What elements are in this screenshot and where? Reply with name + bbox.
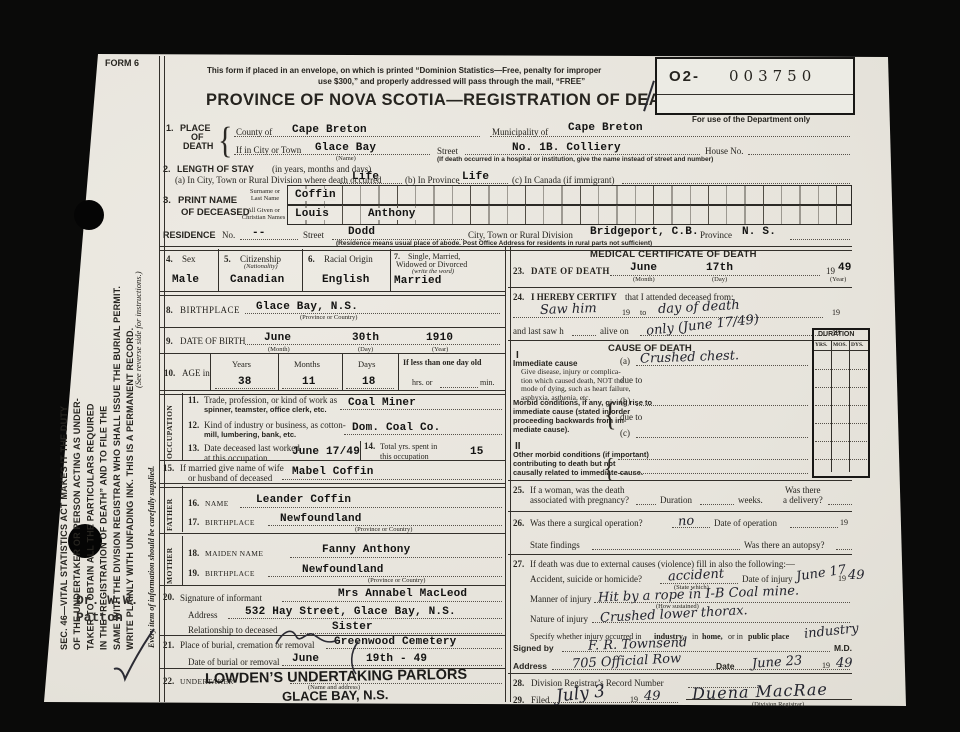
father-group-label: FATHER [165, 487, 179, 531]
dotted-line [513, 316, 823, 318]
father-name-label: NAME [205, 499, 229, 508]
marital-value: Married [394, 275, 442, 287]
cell-line [849, 340, 850, 472]
last-saw-label: and last saw h [513, 326, 564, 336]
death-year-printed: 19 [826, 266, 835, 276]
dotted-line [458, 182, 508, 184]
rule [160, 327, 505, 328]
dotted-line [290, 682, 502, 684]
rule [508, 673, 852, 674]
s3-label-1: PRINT NAME [178, 195, 237, 206]
dotted-line [548, 701, 678, 703]
s27-number-label: 27. [513, 559, 524, 569]
age-label: AGE in [182, 368, 210, 378]
cause-c-label: (c) [620, 428, 630, 438]
rule [160, 585, 505, 586]
dotted-line [215, 387, 275, 389]
province-value: N. S. [742, 226, 776, 238]
delivery-label: a delivery? [783, 495, 823, 505]
dotted-line [790, 238, 850, 240]
surname-label: Surname or Last Name [243, 188, 287, 202]
s22-number-label: 22. [163, 676, 174, 686]
street-label: Street [437, 146, 458, 156]
s16-number-label: 16. [188, 498, 199, 508]
rule [160, 460, 505, 461]
cell-line [360, 441, 361, 460]
duration-dys-header: DYS. [851, 342, 863, 348]
dotted-line [572, 334, 596, 336]
group-line [182, 486, 183, 532]
column-divider [505, 246, 511, 702]
dotted-line [340, 182, 402, 184]
name-note: (Name) [336, 155, 356, 162]
mail-note-line2: use $300,” and properly addressed will p… [318, 77, 585, 86]
specify-label-in: in [692, 632, 698, 641]
dob-day-note: (Day) [358, 346, 373, 353]
registration-number-box: O2- 003750 [655, 57, 855, 115]
citizenship-value: Canadian [230, 274, 284, 286]
manner-label: Manner of injury [530, 594, 591, 604]
brace: { [218, 120, 232, 163]
mother-province-note: (Province or Country) [368, 577, 425, 584]
dotted-line [815, 458, 867, 460]
dotted-line [234, 153, 430, 155]
dotted-line [440, 386, 478, 388]
injury-date-label: Date of injury [742, 574, 792, 584]
dob-year-note: (Year) [432, 346, 448, 353]
rule [160, 533, 505, 534]
death-year-value: 49 [838, 262, 852, 274]
dotted-line [234, 135, 480, 137]
dotted-line [622, 182, 850, 184]
given-middle-value: Anthony [368, 208, 416, 220]
s5-number-label: 5. [224, 254, 231, 264]
dotted-line [672, 526, 710, 528]
dotted-line [228, 617, 502, 619]
s13-label-2: at this occupation [204, 453, 267, 463]
s24-number-label: 24. [513, 292, 524, 302]
s28-number-label: 28. [513, 678, 524, 688]
cell-line [278, 353, 279, 390]
form-border [159, 56, 165, 702]
dotted-line [748, 153, 850, 155]
duration-header: DURATION [818, 331, 854, 338]
dotted-line [815, 368, 867, 370]
s1-label-death: DEATH [183, 141, 213, 151]
s10-number-label: 10. [164, 368, 175, 378]
s14-label-1: Total yrs. spent in [380, 442, 437, 451]
cell-line [210, 353, 211, 390]
certify-bold: I HEREBY CERTIFY [531, 292, 617, 302]
dotted-line [636, 436, 808, 438]
dotted-line [465, 153, 700, 155]
residence-street-value: Dodd [348, 226, 375, 238]
s25-label-2: associated with pregnancy? [530, 495, 629, 505]
given-first-value: Louis [295, 208, 329, 220]
dotted-line [660, 582, 738, 584]
age-years-header: Years [232, 359, 251, 369]
s4-number-label: 4. [166, 254, 173, 264]
informant-label: Signature of informant [180, 593, 262, 603]
s21-number-label: 21. [163, 640, 174, 650]
maiden-name-value: Fanny Anthony [322, 544, 410, 556]
dotted-line [245, 312, 500, 314]
accident-label: Accident, suicide or homicide? [530, 574, 642, 584]
dob-label: DATE OF BIRTH [180, 336, 245, 346]
s19-number-label: 19. [188, 568, 199, 578]
see-reverse-note: (See reverse side for instructions.) [133, 140, 147, 388]
death-day-note: (Day) [712, 276, 727, 283]
due-to-2: due to [620, 412, 642, 422]
nationality-note: (Nationality) [244, 263, 278, 270]
statute-note: SEC. 46—VITAL STATISTICS ACT MAKES IT TH… [58, 252, 138, 650]
form-title: PROVINCE OF NOVA SCOTIA—REGISTRATION OF … [206, 91, 683, 110]
due-to-1: due to [620, 375, 642, 385]
injury-19: 19 [838, 574, 846, 583]
dotted-line [282, 664, 502, 666]
less-one-day-note: If less than one day old [403, 358, 481, 367]
cell-line [342, 353, 343, 390]
dotted-line [700, 503, 734, 505]
dotted-line [562, 650, 830, 652]
cell-line [831, 340, 832, 472]
age-months-header: Months [294, 359, 320, 369]
group-line [182, 536, 183, 585]
s12-label-2: mill, lumbering, bank, etc. [204, 430, 296, 439]
s13-label-1: Date deceased last worked [204, 443, 300, 453]
s15-number-label: 15. [163, 463, 174, 473]
death-month-value: June [630, 262, 657, 274]
residence-street-label: Street [303, 230, 324, 240]
s20-number-label: 20. [163, 592, 174, 602]
rule [508, 511, 852, 512]
registration-prefix: O2- [669, 68, 700, 85]
father-province-note: (Province or Country) [355, 526, 412, 533]
dotted-line [346, 387, 394, 389]
s11-number-label: 11. [188, 395, 199, 405]
rule [508, 287, 852, 288]
s27-head: If death was due to external causes (vio… [530, 559, 795, 569]
form-number: FORM 6 [105, 58, 139, 68]
mail-note-line1: This form if placed in an envelope, on w… [207, 66, 601, 75]
s25-number-label: 25. [513, 485, 524, 495]
dotted-line [815, 404, 867, 406]
rule [686, 699, 852, 700]
division-label: City, Town or Rural Division [468, 230, 573, 240]
handwritten-checkmark [112, 626, 158, 684]
informant-address-label: Address [188, 610, 218, 620]
province-country-note: (Province or Country) [300, 314, 357, 321]
was-there-label: Was there [785, 485, 821, 495]
specify-label-home: home, [702, 632, 723, 641]
s2b-label: (b) In Province [405, 175, 459, 185]
death-year-note: (Year) [830, 276, 846, 283]
age-days-header: Days [358, 359, 375, 369]
death-day-value: 17th [706, 262, 733, 274]
specify-label-public: public place [748, 632, 789, 641]
division-registrar-note: (Division Registrar) [752, 701, 804, 708]
registration-number: 003750 [729, 67, 816, 85]
racial-origin-label: Racial Origin [324, 254, 373, 264]
specify-label-orin: or in [728, 632, 743, 641]
undertaker-stamp-line2: GLACE BAY, N.S. [282, 687, 389, 704]
dotted-line [636, 364, 808, 366]
s18-number-label: 18. [188, 548, 199, 558]
sex-label: Sex [182, 254, 196, 264]
street-note: (If death occurred in a hospital or inst… [437, 156, 713, 163]
birthplace-label: BIRTHPLACE [180, 305, 240, 315]
md-label: M.D. [834, 643, 852, 653]
dept-only-note: For use of the Department only [692, 115, 810, 124]
rule [508, 480, 852, 481]
dotted-line [282, 478, 502, 480]
informant-value: Mrs Annabel MacLeod [338, 588, 467, 600]
dotted-line [594, 601, 850, 603]
rule [160, 291, 505, 296]
doctor-stamp: Dr. W.W. Patton [76, 592, 138, 626]
province-label: Province [700, 230, 732, 240]
s14-number-label: 14. [364, 441, 375, 451]
operation-date-label: Date of operation [714, 518, 777, 528]
dotted-line [636, 404, 808, 406]
dotted-line [592, 548, 740, 550]
state-findings-label: State findings [530, 540, 580, 550]
given-names-label: All Given or Christian Names [240, 207, 287, 221]
s25-label-1: If a woman, was the death [530, 485, 624, 495]
s8-number-label: 8. [166, 305, 173, 315]
s12-label-1: Kind of industry or business, as cotton- [204, 420, 346, 430]
s15-label-2: or husband of deceased [188, 473, 272, 483]
rule [508, 340, 812, 341]
dotted-line [282, 387, 338, 389]
s23-number-label: 23. [513, 266, 524, 276]
dotted-line [828, 503, 852, 505]
rule [814, 340, 868, 341]
duration-yrs-header: YRS. [815, 342, 827, 348]
spouse-value: Mabel Coffin [292, 466, 374, 478]
every-item-note: Every item of information should be care… [147, 356, 159, 648]
group-line [182, 393, 183, 460]
total-years-value: 15 [470, 446, 484, 458]
dotted-line [282, 600, 502, 602]
cause-b-label: (b) [620, 396, 631, 406]
s6-number-label: 6. [308, 254, 315, 264]
surname-value: Coffin [295, 189, 336, 201]
cell-line [398, 353, 399, 390]
dotted-line [618, 458, 808, 460]
division-value: Bridgeport, C.B. [590, 226, 699, 238]
mother-group-label: MOTHER [165, 538, 179, 584]
nature-label: Nature of injury [530, 614, 588, 624]
weeks-label: weeks. [738, 495, 763, 505]
rule [160, 483, 505, 488]
dotted-line [552, 668, 850, 670]
occupation-group-label: OCCUPATION [165, 395, 179, 459]
sex-value: Male [172, 274, 199, 286]
operation-19: 19 [840, 518, 848, 527]
dob-month-note: (Month) [268, 346, 290, 353]
house-no-label: House No. [705, 146, 744, 156]
s12-number-label: 12. [188, 420, 199, 430]
date-of-death-label: DATE OF DEATH [531, 266, 610, 276]
cell-line [302, 249, 303, 291]
punch-hole [74, 200, 104, 230]
dotted-line [815, 386, 867, 388]
burial-date-label: Date of burial or removal [188, 657, 279, 667]
cause-a-label: (a) [620, 356, 630, 366]
printed-19-b: 19 [832, 308, 840, 317]
s29-number-label: 29. [513, 695, 524, 705]
cell-line [218, 249, 219, 291]
s3-number-label: 3. [163, 195, 171, 206]
signed-by-label: Signed by [513, 643, 554, 653]
dotted-line [490, 135, 850, 137]
dotted-line [836, 548, 852, 550]
municipality-value: Cape Breton [568, 122, 643, 134]
father-birthplace-label: BIRTHPLACE [205, 518, 255, 527]
s17-number-label: 17. [188, 517, 199, 527]
s26-label: Was there a surgical operation? [530, 518, 643, 528]
dotted-line [240, 506, 502, 508]
hrs-label: hrs. or [412, 378, 432, 387]
last-worked-value: June 17/49 [292, 446, 360, 458]
dotted-line [790, 526, 838, 528]
s13-number-label: 13. [188, 443, 199, 453]
relationship-label: Relationship to deceased [188, 625, 277, 635]
filed-label: Filed [531, 695, 550, 705]
rule [160, 353, 505, 354]
dotted-line [344, 433, 502, 435]
s2-label: LENGTH OF STAY [177, 164, 254, 174]
s11-label-1: Trade, profession, or kind of work as [204, 395, 337, 405]
cell-line [390, 249, 391, 291]
autopsy-label: Was there an autopsy? [744, 540, 825, 550]
dotted-line [610, 274, 820, 276]
write-word-note: (write the word) [412, 268, 454, 275]
dotted-line [592, 621, 850, 623]
residence-no-label: No. [222, 230, 235, 240]
duration-mos-header: MOS. [833, 342, 847, 348]
surname-grid [287, 185, 852, 206]
mother-birthplace-label: BIRTHPLACE [205, 569, 255, 578]
maiden-name-label: MAIDEN NAME [205, 549, 263, 558]
s11-label-2: spinner, teamster, office clerk, etc. [204, 405, 327, 414]
father-name-value: Leander Coffin [256, 494, 351, 506]
s26-number-label: 26. [513, 518, 524, 528]
dotted-line [340, 408, 502, 410]
s15-label-1: If married give name of wife [180, 463, 284, 473]
dotted-line [240, 238, 298, 240]
dotted-line [245, 343, 500, 345]
injury-year-hw: 49 [848, 568, 865, 583]
dotted-line [815, 440, 867, 442]
rule [814, 350, 868, 351]
dotted-line [618, 472, 808, 474]
dotted-line [636, 503, 656, 505]
rule [657, 94, 853, 95]
dotted-line [290, 556, 502, 558]
s2-number-label: 2. [163, 164, 171, 174]
alive-on-label: alive on [600, 326, 629, 336]
duration-label: Duration [660, 495, 692, 505]
dotted-line [815, 422, 867, 424]
duration-table: DURATION YRS. MOS. DYS. [812, 328, 870, 478]
medical-certificate-title: MEDICAL CERTIFICATE OF DEATH [590, 249, 757, 260]
residence-label: RESIDENCE [163, 230, 216, 240]
physician-address-label: Address [513, 661, 547, 671]
s2c-label: (c) In Canada (if immigrant) [512, 175, 614, 185]
racial-origin-value: English [322, 274, 370, 286]
min-label: min. [480, 378, 494, 387]
s9-number-label: 9. [166, 336, 173, 346]
dotted-line [640, 334, 826, 336]
s1-number-label: 1. [166, 123, 174, 133]
scan-background: FORM 6 SEC. 46—VITAL STATISTICS ACT MAKE… [0, 0, 960, 732]
rule [508, 554, 852, 555]
death-month-note: (Month) [633, 276, 655, 283]
